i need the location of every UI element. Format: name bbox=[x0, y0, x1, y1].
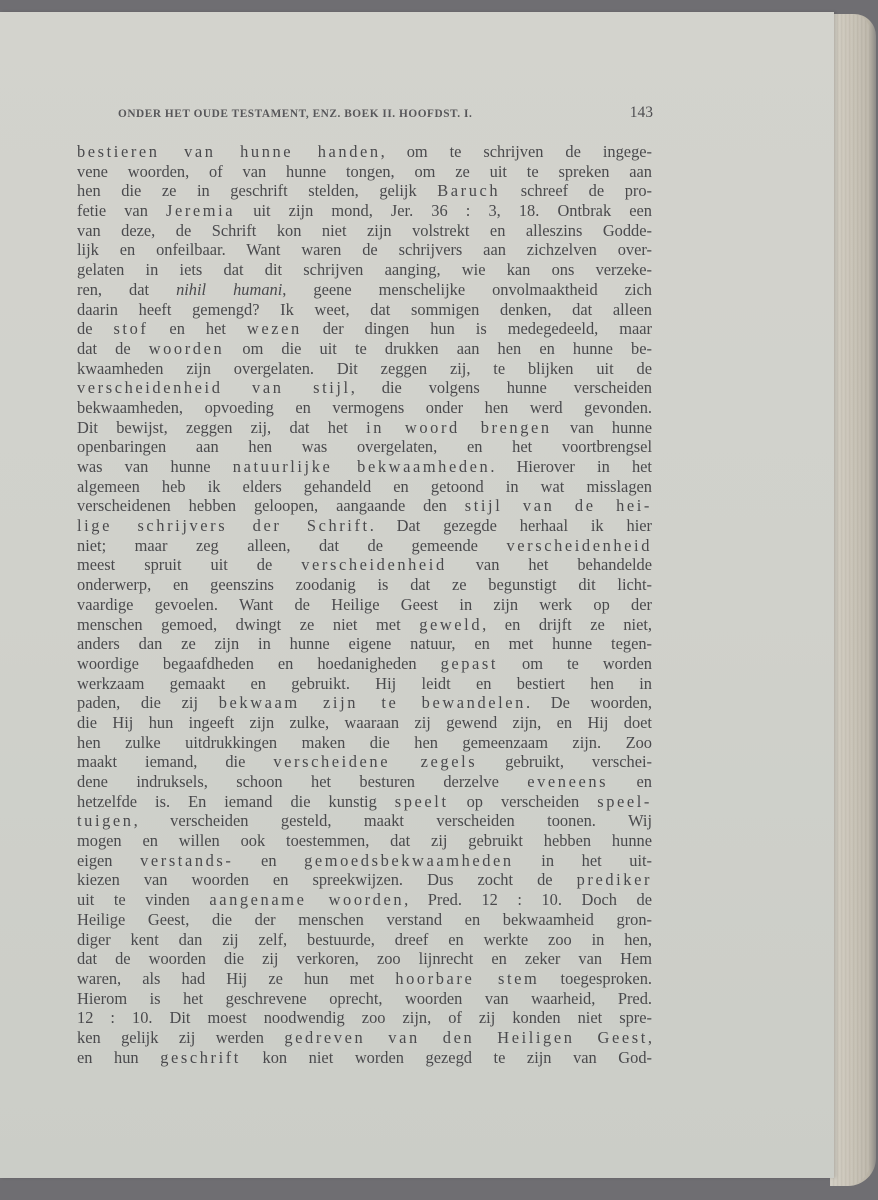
text-line: kiezen van woorden en spreekwijzen. Dus … bbox=[77, 870, 652, 890]
text-line: dat de woorden om die uit te drukken aan… bbox=[77, 339, 652, 359]
text-segment: der dingen hun is medegedeeld, maar bbox=[302, 319, 652, 338]
text-segment: , Pred. 12 : 10. Doch de bbox=[404, 890, 652, 909]
text-line: dat de woorden die zij verkoren, zoo lij… bbox=[77, 949, 652, 969]
text-line: fetie van Jeremia uit zijn mond, Jer. 36… bbox=[77, 201, 652, 221]
text-segment: dat de bbox=[77, 339, 149, 358]
emphasized-text: geschrift bbox=[160, 1048, 241, 1067]
text-line: hen die ze in geschrift stelden, gelijk … bbox=[77, 181, 652, 201]
text-segment: maakt iemand, die bbox=[77, 752, 273, 771]
text-line: lijk en onfeilbaar. Want waren de schrij… bbox=[77, 240, 652, 260]
page-number: 143 bbox=[630, 104, 653, 122]
text-segment: diger kent dan zij zelf, bestuurde, dree… bbox=[77, 930, 652, 949]
text-line: woordige begaafdheden en hoedanigheden g… bbox=[77, 654, 652, 674]
page-stack-edge bbox=[830, 14, 876, 1186]
text-segment: kon niet worden gezegd te zijn van God- bbox=[241, 1048, 652, 1067]
text-line: waren, als had Hij ze hun met hoorbare s… bbox=[77, 969, 652, 989]
text-segment: eigen bbox=[77, 851, 140, 870]
text-segment: . Hierover in het bbox=[490, 457, 652, 476]
emphasized-text: verscheidenheid bbox=[301, 555, 447, 574]
text-segment: hen die ze in geschrift stelden, gelijk bbox=[77, 181, 437, 200]
text-line: 12 : 10. Dit moest noodwendig zoo zijn, … bbox=[77, 1008, 652, 1028]
text-segment: en bbox=[608, 772, 652, 791]
running-head: ONDER HET OUDE TESTAMENT, ENZ. BOEK II. … bbox=[118, 104, 653, 122]
text-line: gelaten in iets dat dit schrijven aangin… bbox=[77, 260, 652, 280]
text-line: verscheidenen hebben geloopen, aangaande… bbox=[77, 496, 652, 516]
emphasized-text: aangename woorden bbox=[209, 890, 404, 909]
text-segment: Hierom is het geschrevene oprecht, woord… bbox=[77, 989, 652, 1008]
text-segment: Heilige Geest, die der menschen verstand… bbox=[77, 910, 652, 929]
text-line: werkzaam gemaakt en gebruikt. Hij leidt … bbox=[77, 674, 652, 694]
text-segment: , geene menschelijke onvolmaaktheid zich bbox=[282, 280, 652, 299]
text-line: algemeen heb ik elders gehandeld en geto… bbox=[77, 477, 652, 497]
emphasized-text: geweld bbox=[419, 615, 482, 634]
emphasized-text: woorden bbox=[149, 339, 225, 358]
emphasized-text: verscheidenheid bbox=[507, 536, 653, 555]
text-segment: was van hunne bbox=[77, 457, 233, 476]
text-segment: bekwaamheden, opvoeding en vermogens ond… bbox=[77, 398, 652, 417]
text-segment: mogen en willen ook toestemmen, dat zij … bbox=[77, 831, 652, 850]
text-line: niet; maar zeg alleen, dat de gemeende v… bbox=[77, 536, 652, 556]
text-segment: uit te vinden bbox=[77, 890, 209, 909]
italic-text: nihil humani bbox=[176, 280, 282, 299]
text-segment: kwaamheden zijn overgelaten. Dit zeggen … bbox=[77, 359, 652, 378]
text-segment: . Dat gezegde herhaal ik hier bbox=[370, 516, 652, 535]
text-segment: van deze, de Schrift kon niet zijn volst… bbox=[77, 221, 652, 240]
book-page: ONDER HET OUDE TESTAMENT, ENZ. BOEK II. … bbox=[0, 12, 834, 1178]
text-segment: gelaten in iets dat dit schrijven aangin… bbox=[77, 260, 652, 279]
emphasized-text: hoorbare stem bbox=[395, 969, 539, 988]
text-segment: verscheidenen hebben geloopen, aangaande… bbox=[77, 496, 465, 515]
text-segment: , die volgens hunne verscheiden bbox=[351, 378, 652, 397]
text-segment: vene woorden, of van hunne tongen, om ze… bbox=[77, 162, 652, 181]
text-segment: kiezen van woorden en spreekwijzen. Dus … bbox=[77, 870, 577, 889]
text-segment: en het bbox=[148, 319, 246, 338]
text-line: menschen gemoed, dwingt ze niet met gewe… bbox=[77, 615, 652, 635]
text-segment: anders dan ze zijn in hunne eigene natuu… bbox=[77, 634, 652, 653]
text-line: verscheidenheid van stijl, die volgens h… bbox=[77, 378, 652, 398]
text-segment: algemeen heb ik elders gehandeld en geto… bbox=[77, 477, 652, 496]
text-line: onderwerp, en geenszins zoodanig is dat … bbox=[77, 575, 652, 595]
text-line: meest spruit uit de verscheidenheid van … bbox=[77, 555, 652, 575]
text-segment: van hunne bbox=[552, 418, 652, 437]
text-line: eigen verstands- en gemoedsbekwaamheden … bbox=[77, 851, 652, 871]
emphasized-text: prediker bbox=[577, 870, 652, 889]
emphasized-text: wezen bbox=[247, 319, 302, 338]
text-segment: die Hij hun ingeeft zijn zulke, waaraan … bbox=[77, 713, 652, 732]
text-line: van deze, de Schrift kon niet zijn volst… bbox=[77, 221, 652, 241]
text-segment: op verscheiden bbox=[449, 792, 598, 811]
text-line: diger kent dan zij zelf, bestuurde, dree… bbox=[77, 930, 652, 950]
text-line: bestieren van hunne handen, om te schrij… bbox=[77, 142, 652, 162]
text-segment: , en drijft ze niet, bbox=[482, 615, 652, 634]
text-line: ken gelijk zij werden gedreven van den H… bbox=[77, 1028, 652, 1048]
text-segment: en bbox=[233, 851, 304, 870]
text-segment: onderwerp, en geenszins zoodanig is dat … bbox=[77, 575, 652, 594]
emphasized-text: verstands- bbox=[140, 851, 233, 870]
emphasized-text: speelt bbox=[395, 792, 449, 811]
text-line: hetzelfde is. En iemand die kunstig spee… bbox=[77, 792, 652, 812]
text-segment: schreef de pro- bbox=[500, 181, 652, 200]
text-line: was van hunne natuurlijke bekwaamheden. … bbox=[77, 457, 652, 477]
text-segment: waren, als had Hij ze hun met bbox=[77, 969, 395, 988]
text-line: anders dan ze zijn in hunne eigene natuu… bbox=[77, 634, 652, 654]
text-segment: hetzelfde is. En iemand die kunstig bbox=[77, 792, 395, 811]
text-segment: in het uit- bbox=[514, 851, 652, 870]
text-segment: gebruikt, verschei- bbox=[477, 752, 652, 771]
text-line: Hierom is het geschrevene oprecht, woord… bbox=[77, 989, 652, 1009]
text-line: die Hij hun ingeeft zijn zulke, waaraan … bbox=[77, 713, 652, 733]
text-segment: meest spruit uit de bbox=[77, 555, 301, 574]
text-line: ren, dat nihil humani, geene menschelijk… bbox=[77, 280, 652, 300]
text-segment: en hun bbox=[77, 1048, 160, 1067]
emphasized-text: verscheidene zegels bbox=[273, 752, 477, 771]
emphasized-text: speel- bbox=[597, 792, 652, 811]
text-segment: openbaringen aan hen was overgelaten, en… bbox=[77, 437, 652, 456]
text-segment: , om te schrijven de ingege- bbox=[381, 142, 652, 161]
emphasized-text: verscheidenheid van stijl bbox=[77, 378, 351, 397]
text-segment: werkzaam gemaakt en gebruikt. Hij leidt … bbox=[77, 674, 652, 693]
running-title: ONDER HET OUDE TESTAMENT, ENZ. BOEK II. … bbox=[118, 108, 472, 120]
text-line: de stof en het wezen der dingen hun is m… bbox=[77, 319, 652, 339]
text-segment: daarin heeft gemengd? Ik weet, dat sommi… bbox=[77, 300, 652, 319]
emphasized-text: lige schrijvers der Schrift bbox=[77, 516, 370, 535]
text-line: kwaamheden zijn overgelaten. Dit zeggen … bbox=[77, 359, 652, 379]
text-segment: , verscheiden gesteld, maakt verscheiden… bbox=[134, 811, 652, 830]
emphasized-text: in woord brengen bbox=[366, 418, 552, 437]
text-segment: fetie van bbox=[77, 201, 166, 220]
text-segment: hen zulke uitdrukkingen maken die hen ge… bbox=[77, 733, 652, 752]
emphasized-text: Baruch bbox=[437, 181, 500, 200]
text-segment: menschen gemoed, dwingt ze niet met bbox=[77, 615, 419, 634]
text-line: openbaringen aan hen was overgelaten, en… bbox=[77, 437, 652, 457]
emphasized-text: tuigen bbox=[77, 811, 134, 830]
text-segment: niet; maar zeg alleen, dat de gemeende bbox=[77, 536, 507, 555]
text-segment: ren, dat bbox=[77, 280, 176, 299]
emphasized-text: eveneens bbox=[527, 772, 608, 791]
text-segment: om die uit te drukken aan hen en hunne b… bbox=[224, 339, 652, 358]
text-line: uit te vinden aangename woorden, Pred. 1… bbox=[77, 890, 652, 910]
text-segment: paden, die zij bbox=[77, 693, 219, 712]
emphasized-text: bekwaam zijn te bewandelen bbox=[219, 693, 526, 712]
text-line: hen zulke uitdrukkingen maken die hen ge… bbox=[77, 733, 652, 753]
emphasized-text: bestieren van hunne handen bbox=[77, 142, 381, 161]
text-line: bekwaamheden, opvoeding en vermogens ond… bbox=[77, 398, 652, 418]
text-segment: van het behandelde bbox=[447, 555, 652, 574]
emphasized-text: natuurlijke bekwaamheden bbox=[233, 457, 491, 476]
text-line: en hun geschrift kon niet worden gezegd … bbox=[77, 1048, 652, 1068]
text-line: lige schrijvers der Schrift. Dat gezegde… bbox=[77, 516, 652, 536]
text-line: Dit bewijst, zeggen zij, dat het in woor… bbox=[77, 418, 652, 438]
body-text: bestieren van hunne handen, om te schrij… bbox=[77, 142, 652, 1067]
text-segment: lijk en onfeilbaar. Want waren de schrij… bbox=[77, 240, 652, 259]
text-line: maakt iemand, die verscheidene zegels ge… bbox=[77, 752, 652, 772]
text-segment: uit zijn mond, Jer. 36 : 3, 18. Ontbrak … bbox=[235, 201, 652, 220]
text-segment: dat de woorden die zij verkoren, zoo lij… bbox=[77, 949, 652, 968]
emphasized-text: gedreven van den Heiligen Geest bbox=[284, 1028, 648, 1047]
text-segment: toegesproken. bbox=[539, 969, 652, 988]
text-segment: , bbox=[648, 1028, 652, 1047]
text-line: dene indruksels, schoon het besturen der… bbox=[77, 772, 652, 792]
text-segment: 12 : 10. Dit moest noodwendig zoo zijn, … bbox=[77, 1008, 652, 1027]
text-line: daarin heeft gemengd? Ik weet, dat sommi… bbox=[77, 300, 652, 320]
text-segment: vaardige gevoelen. Want de Heilige Geest… bbox=[77, 595, 652, 614]
emphasized-text: Jeremia bbox=[166, 201, 235, 220]
emphasized-text: stijl van de hei- bbox=[465, 496, 652, 515]
emphasized-text: stof bbox=[113, 319, 148, 338]
text-line: paden, die zij bekwaam zijn te bewandele… bbox=[77, 693, 652, 713]
text-segment: Dit bewijst, zeggen zij, dat het bbox=[77, 418, 366, 437]
text-segment: om te worden bbox=[498, 654, 652, 673]
text-segment: ken gelijk zij werden bbox=[77, 1028, 284, 1047]
text-segment: woordige begaafdheden en hoedanigheden bbox=[77, 654, 441, 673]
text-line: tuigen, verscheiden gesteld, maakt versc… bbox=[77, 811, 652, 831]
text-segment: de bbox=[77, 319, 113, 338]
text-segment: . De woorden, bbox=[526, 693, 652, 712]
text-line: mogen en willen ook toestemmen, dat zij … bbox=[77, 831, 652, 851]
emphasized-text: gemoedsbekwaamheden bbox=[304, 851, 514, 870]
text-segment: dene indruksels, schoon het besturen der… bbox=[77, 772, 527, 791]
emphasized-text: gepast bbox=[441, 654, 498, 673]
text-line: vene woorden, of van hunne tongen, om ze… bbox=[77, 162, 652, 182]
text-line: vaardige gevoelen. Want de Heilige Geest… bbox=[77, 595, 652, 615]
text-line: Heilige Geest, die der menschen verstand… bbox=[77, 910, 652, 930]
